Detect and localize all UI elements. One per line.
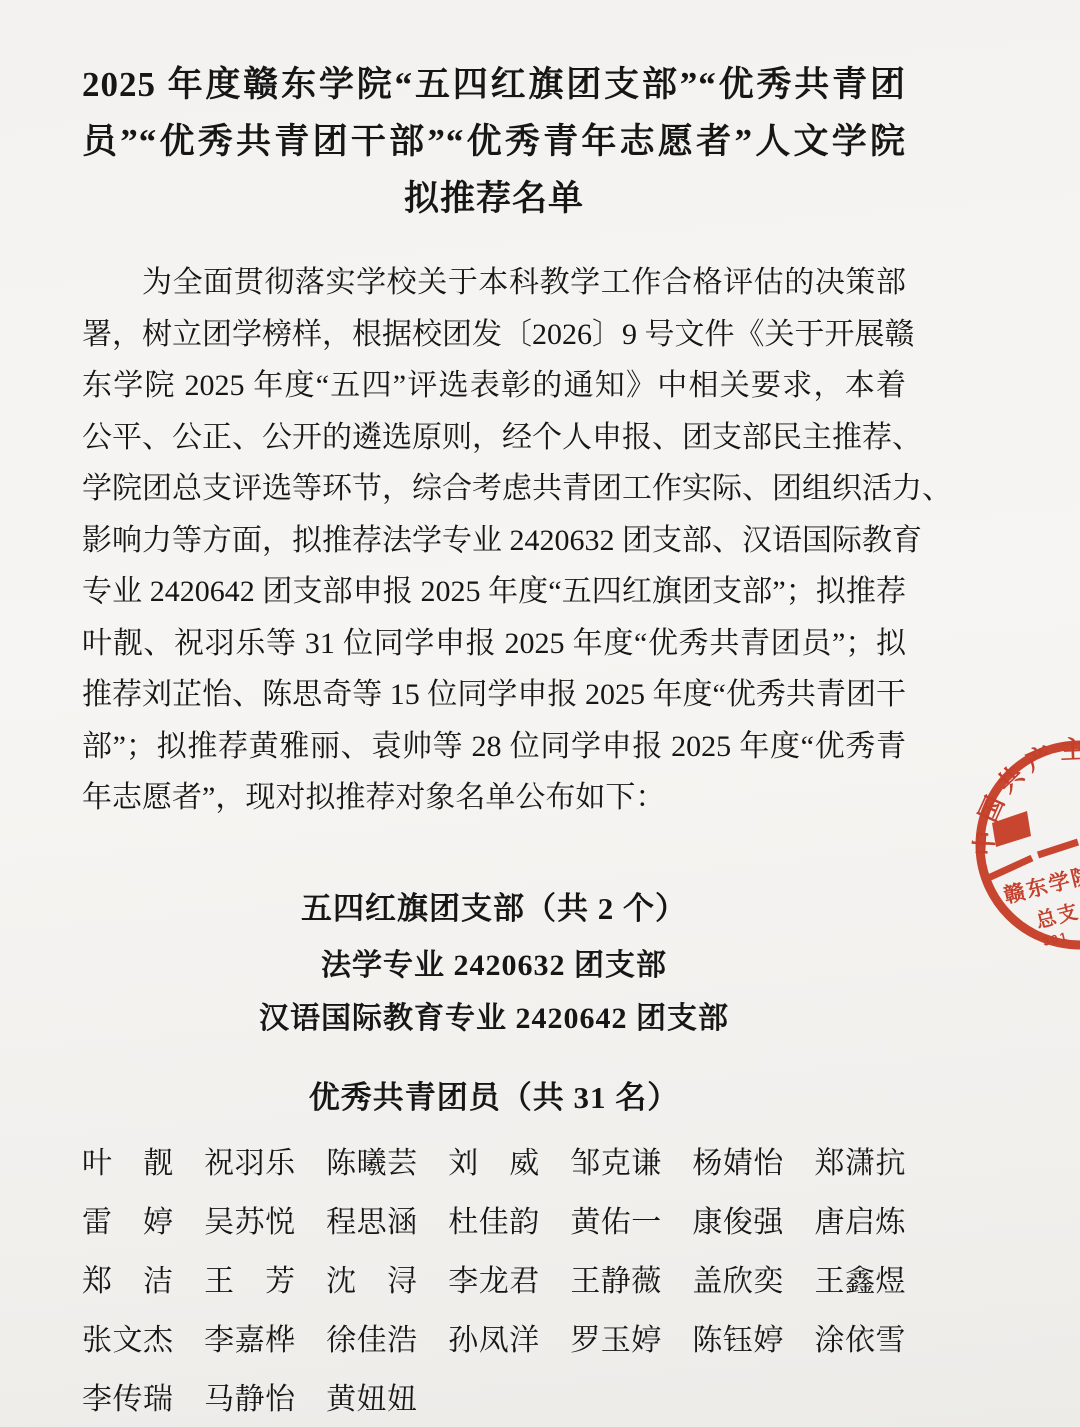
names-grid: 叶 靓 祝羽乐 陈曦芸 刘 威 邹克谦 杨婧怡 郑潇抗 雷 婷 吴苏悦 程思涵 … <box>82 1148 906 1415</box>
name-cell: 徐佳浩 <box>326 1325 418 1356</box>
name-cell: 涂依雪 <box>814 1325 906 1356</box>
body-line: 部”；拟推荐黄雅丽、袁帅等 28 位同学申报 2025 年度“优秀青 <box>82 721 906 773</box>
name-cell: 张文杰 <box>82 1325 174 1356</box>
body-line: 署，树立团学榜样，根据校团发〔2026〕9 号文件《关于开展赣 <box>82 309 906 361</box>
name-cell: 康俊强 <box>692 1207 784 1238</box>
body-line: 为全面贯彻落实学校关于本科教学工作合格评估的决策部 <box>82 257 906 309</box>
name-cell: 雷 婷 <box>82 1207 174 1238</box>
name-cell: 吴苏悦 <box>204 1207 296 1238</box>
body-line: 东学院 2025 年度“五四”评选表彰的通知》中相关要求，本着 <box>82 360 906 412</box>
name-cell: 杜佳韵 <box>448 1207 540 1238</box>
body-line: 专业 2420642 团支部申报 2025 年度“五四红旗团支部”；拟推荐 <box>82 566 906 618</box>
body-line: 公平、公正、公开的遴选原则，经个人申报、团支部民主推荐、 <box>82 412 906 464</box>
section-heading-red-flag-branches: 五四红旗团支部（共 2 个） <box>82 884 906 934</box>
name-cell: 李嘉桦 <box>204 1325 296 1356</box>
seal-org-subtitle: 总支 <box>1033 899 1080 933</box>
seal-flagpole-line <box>986 858 1032 879</box>
seal-border-circle <box>980 745 1080 945</box>
name-cell: 祝羽乐 <box>204 1148 296 1179</box>
official-seal-stamp: 中国共产主 赣东学院 总支 301 <box>930 695 1080 995</box>
body-line: 影响力等方面，拟推荐法学专业 2420632 团支部、汉语国际教育 <box>82 515 906 567</box>
body-line: 推荐刘芷怡、陈思奇等 15 位同学申报 2025 年度“优秀共青团干 <box>82 669 906 721</box>
name-cell: 郑 洁 <box>82 1266 174 1297</box>
branch-item: 法学专业 2420632 团支部 <box>82 939 906 992</box>
name-cell: 马静怡 <box>204 1384 296 1415</box>
page-title: 2025 年度赣东学院“五四红旗团支部”“优秀共青团 员”“优秀共青团干部”“优… <box>82 56 906 227</box>
document-page: 2025 年度赣东学院“五四红旗团支部”“优秀共青团 员”“优秀共青团干部”“优… <box>0 0 1080 1427</box>
name-cell: 王静薇 <box>570 1266 662 1297</box>
name-cell: 孙凤洋 <box>448 1325 540 1356</box>
name-cell: 杨婧怡 <box>692 1148 784 1179</box>
name-cell: 王 芳 <box>204 1266 296 1297</box>
name-cell: 叶 靓 <box>82 1148 174 1179</box>
body-line: 叶靓、祝羽乐等 31 位同学申报 2025 年度“优秀共青团员”；拟 <box>82 618 906 670</box>
name-cell: 邹克谦 <box>570 1148 662 1179</box>
branch-list: 法学专业 2420632 团支部 汉语国际教育专业 2420642 团支部 <box>82 939 906 1045</box>
name-cell: 罗玉婷 <box>570 1325 662 1356</box>
name-cell: 盖欣奕 <box>692 1266 784 1297</box>
title-line: 拟推荐名单 <box>82 170 906 227</box>
name-cell: 陈钰婷 <box>692 1325 784 1356</box>
seal-arc-text: 中国共产主 <box>970 736 1080 857</box>
section-heading-outstanding-members: 优秀共青团员（共 31 名） <box>82 1073 906 1123</box>
name-cell: 陈曦芸 <box>326 1148 418 1179</box>
name-cell: 刘 威 <box>448 1148 540 1179</box>
branch-item: 汉语国际教育专业 2420642 团支部 <box>82 992 906 1045</box>
name-cell: 黄佑一 <box>570 1207 662 1238</box>
seal-flagpole-line <box>1038 842 1078 855</box>
name-cell: 程思涵 <box>326 1207 418 1238</box>
seal-serial-number: 301 <box>1041 929 1070 949</box>
body-line: 学院团总支评选等环节，综合考虑共青团工作实际、团组织活力、 <box>82 463 906 515</box>
seal-org-name: 赣东学院 <box>1001 862 1080 908</box>
body-paragraph: 为全面贯彻落实学校关于本科教学工作合格评估的决策部 署，树立团学榜样，根据校团发… <box>82 257 906 824</box>
name-cell: 黄妞妞 <box>326 1384 418 1415</box>
title-line: 2025 年度赣东学院“五四红旗团支部”“优秀共青团 <box>82 56 906 113</box>
name-cell: 唐启炼 <box>814 1207 906 1238</box>
name-cell: 沈 浔 <box>326 1266 418 1297</box>
name-cell: 李传瑞 <box>82 1384 174 1415</box>
title-line: 员”“优秀共青团干部”“优秀青年志愿者”人文学院 <box>82 113 906 170</box>
name-cell: 李龙君 <box>448 1266 540 1297</box>
body-line: 年志愿者”，现对拟推荐对象名单公布如下： <box>82 772 906 824</box>
name-cell: 王鑫煜 <box>814 1266 906 1297</box>
seal-flag-icon <box>992 811 1031 847</box>
name-cell: 郑潇抗 <box>814 1148 906 1179</box>
